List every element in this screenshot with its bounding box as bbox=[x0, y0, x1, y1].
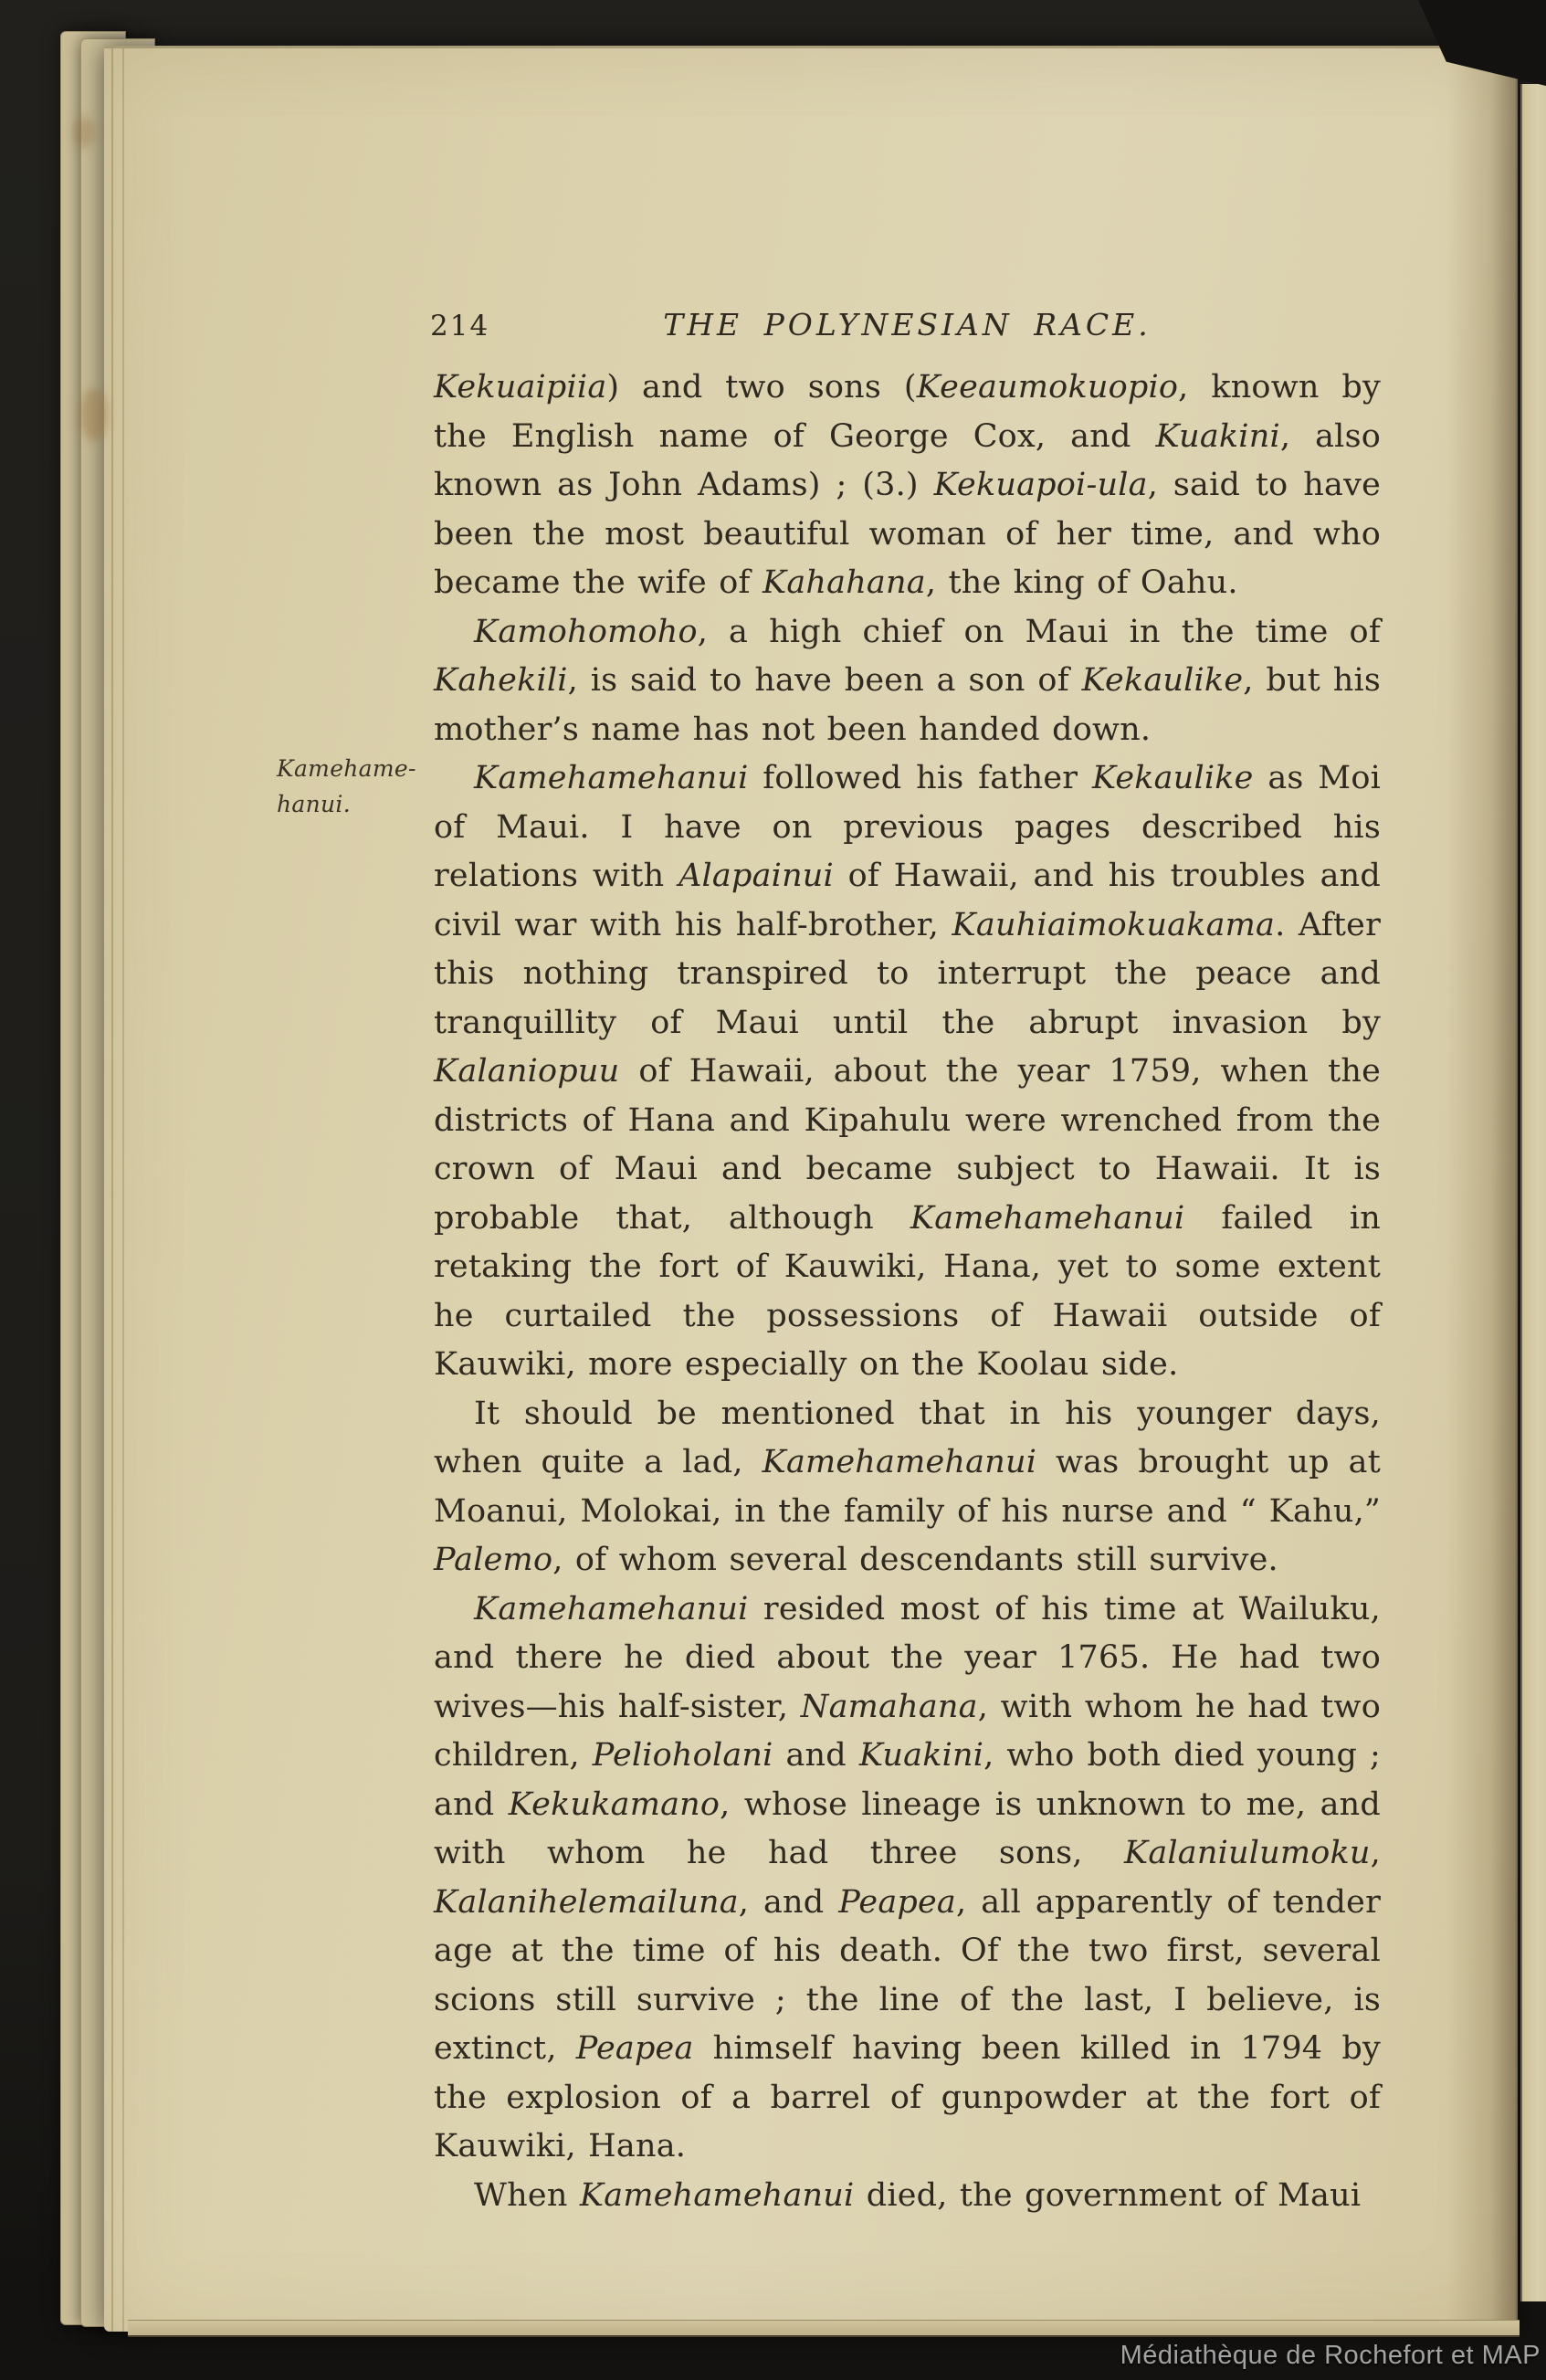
library-watermark: Médiathèque de Rochefort et MAP bbox=[1120, 2341, 1541, 2371]
paragraph: Kamehamehanui resided most of his time a… bbox=[434, 1585, 1381, 2172]
page-content: 214 THE POLYNESIAN RACE. Kekuaipiia) and… bbox=[434, 307, 1381, 2220]
paragraph: Kekuaipiia) and two sons (Keeaumokuopio,… bbox=[434, 363, 1381, 608]
paragraph: When Kamehamehanui died, the government … bbox=[434, 2172, 1381, 2221]
page-number: 214 bbox=[430, 310, 489, 342]
paragraph: It should be mentioned that in his young… bbox=[434, 1390, 1381, 1585]
margin-note: Kamehame-hanui. bbox=[277, 751, 423, 822]
body-text: Kekuaipiia) and two sons (Keeaumokuopio,… bbox=[434, 363, 1381, 2220]
paragraph: Kamehame-hanui.Kamehamehanui followed hi… bbox=[434, 754, 1381, 1390]
next-page-edge bbox=[1520, 84, 1546, 2301]
book-page: 214 THE POLYNESIAN RACE. Kekuaipiia) and… bbox=[104, 46, 1518, 2332]
foxing-stain bbox=[80, 388, 108, 441]
foxing-stain bbox=[73, 117, 95, 148]
paragraph: Kamohomoho, a high chief on Maui in the … bbox=[434, 608, 1381, 755]
running-title: THE POLYNESIAN RACE. bbox=[434, 307, 1381, 342]
page-fore-edge bbox=[128, 2320, 1520, 2337]
page-header: 214 THE POLYNESIAN RACE. bbox=[434, 307, 1381, 349]
scanned-book-photo: 214 THE POLYNESIAN RACE. Kekuaipiia) and… bbox=[0, 0, 1546, 2380]
